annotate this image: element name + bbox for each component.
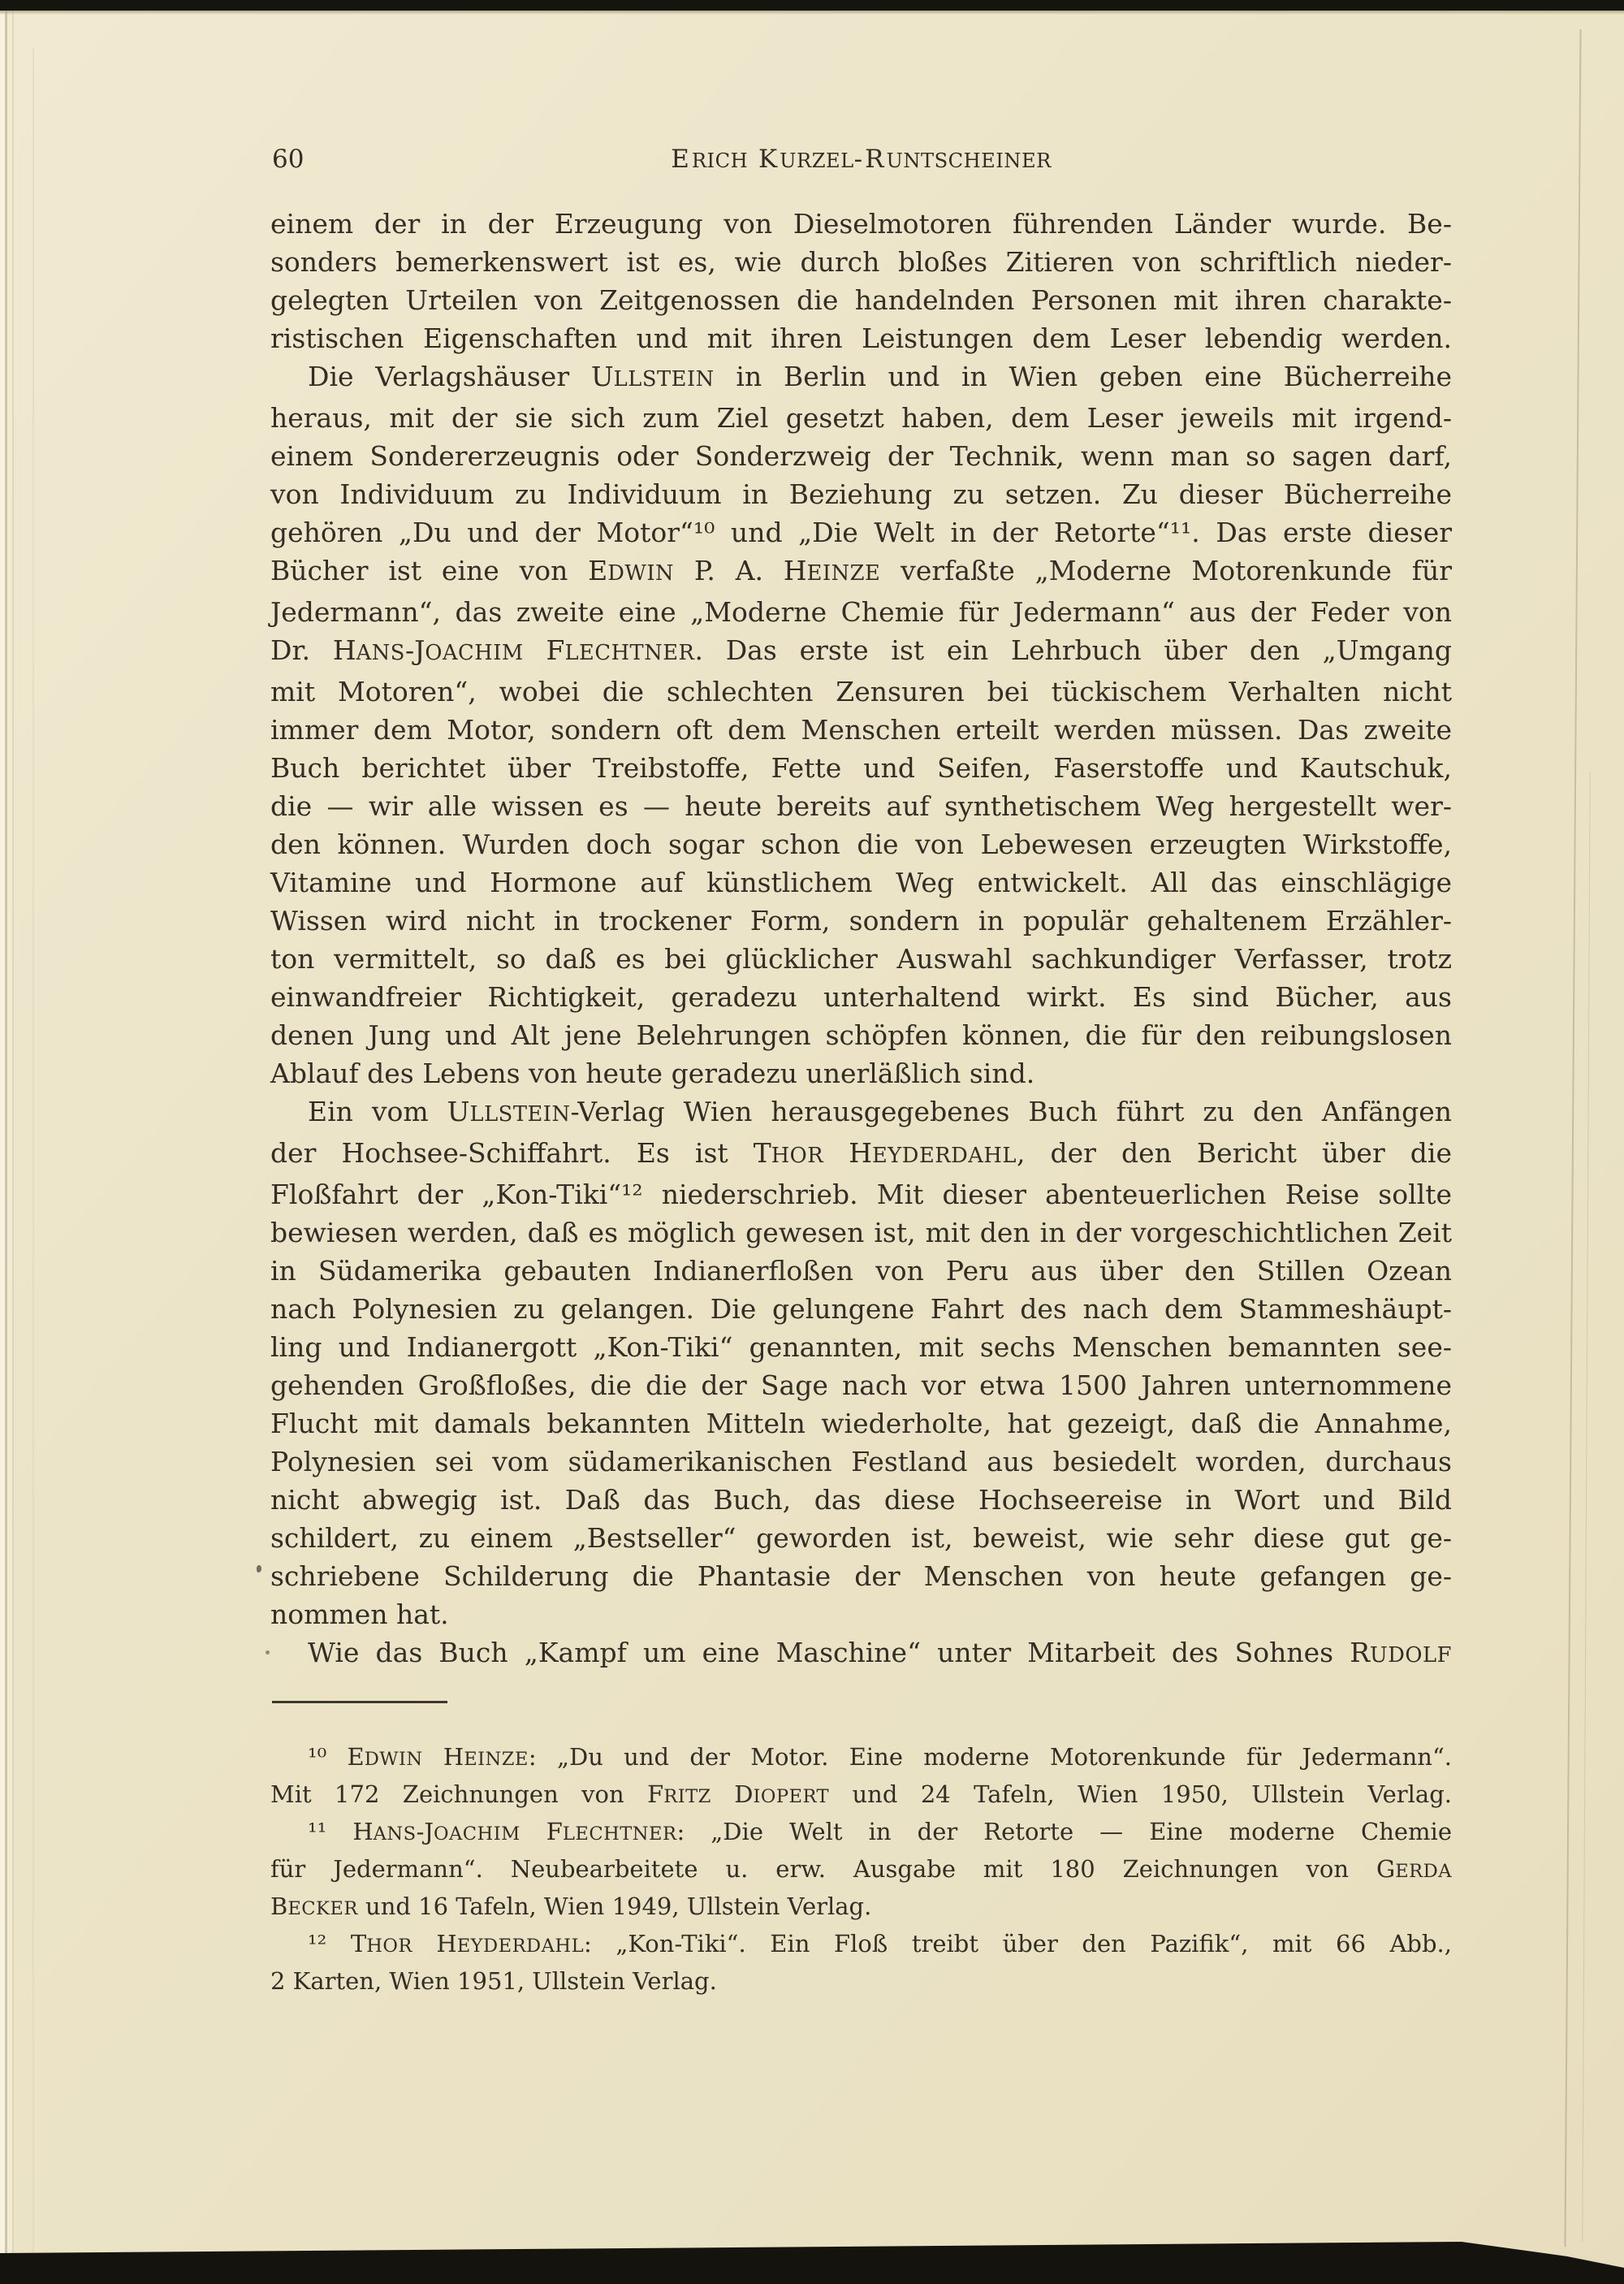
text-line: immer dem Motor, sondern oft dem Mensche… (270, 711, 1452, 749)
print-artifact-dot (266, 1650, 270, 1655)
body-text: einem der in der Erzeugung von Dieselmot… (270, 205, 1452, 1675)
text-line: mit Motoren“, wobei die schlechten Zensu… (270, 673, 1452, 711)
scanned-book-page: 60 ERICH KURZEL-RUNTSCHEINER einem der i… (0, 0, 1624, 2284)
print-artifact-dot (257, 1565, 261, 1572)
text-line: Vitamine und Hormone auf künstlichem Weg… (270, 863, 1452, 902)
text-line: gehören „Du und der Motor“¹⁰ und „Die We… (270, 513, 1452, 552)
paper-crease (1564, 29, 1581, 2247)
text-line: ¹¹ HANS-JOACHIM FLECHTNER: „Die Welt in … (270, 1815, 1452, 1852)
text-line: einwandfreier Richtigkeit, geradezu unte… (270, 978, 1452, 1016)
text-line: schriebene Schilderung die Phantasie der… (270, 1557, 1452, 1595)
text-line: der Hochsee-Schiffahrt. Es ist THOR HEYD… (270, 1134, 1452, 1175)
text-line: Polynesien sei vom südamerikanischen Fes… (270, 1443, 1452, 1481)
text-line: gehenden Großfloßes, die die der Sage na… (270, 1366, 1452, 1404)
running-header: ERICH KURZEL-RUNTSCHEINER (270, 145, 1452, 174)
text-line: Wissen wird nicht in trockener Form, son… (270, 902, 1452, 940)
text-line: Die Verlagshäuser ULLSTEIN in Berlin und… (270, 357, 1452, 399)
text-line: denen Jung und Alt jene Belehrungen schö… (270, 1016, 1452, 1054)
text-line: Ablauf des Lebens von heute geradezu une… (270, 1054, 1452, 1092)
text-line: Bücher ist eine von EDWIN P. A. HEINZE v… (270, 552, 1452, 593)
text-line: von Individuum zu Individuum in Beziehun… (270, 475, 1452, 513)
text-line: Mit 172 Zeichnungen von FRITZ DIOPERT un… (270, 1777, 1452, 1815)
text-line: Flucht mit damals bekannten Mitteln wied… (270, 1404, 1452, 1443)
text-line: ¹⁰ EDWIN HEINZE: „Du und der Motor. Eine… (270, 1740, 1452, 1777)
text-line: Floßfahrt der „Kon-Tiki“¹² niederschrieb… (270, 1175, 1452, 1213)
footnote-rule (272, 1701, 447, 1703)
text-line: ristischen Eigenschaften und mit ihren L… (270, 319, 1452, 357)
page-stack-edge-line (32, 49, 34, 2284)
text-line: einem Sondererzeugnis oder Sonderzweig d… (270, 437, 1452, 475)
text-line: ton vermittelt, so daß es bei glückliche… (270, 940, 1452, 978)
footnote: ¹⁰ EDWIN HEINZE: „Du und der Motor. Eine… (270, 1740, 1452, 1815)
text-line: ¹² THOR HEYDERDAHL: „Kon-Tiki“. Ein Floß… (270, 1927, 1452, 1964)
text-line: Dr. HANS-JOACHIM FLECHTNER. Das erste is… (270, 631, 1452, 673)
text-line: BECKER und 16 Tafeln, Wien 1949, Ullstei… (270, 1889, 1452, 1927)
paragraph: Wie das Buch „Kampf um eine Maschine“ un… (270, 1633, 1452, 1675)
paper-crease (1582, 772, 1590, 2242)
text-line: nommen hat. (270, 1595, 1452, 1633)
text-line: einem der in der Erzeugung von Dieselmot… (270, 205, 1452, 243)
footnote: ¹¹ HANS-JOACHIM FLECHTNER: „Die Welt in … (270, 1815, 1452, 1927)
text-line: Buch berichtet über Treibstoffe, Fette u… (270, 749, 1452, 787)
footnotes: ¹⁰ EDWIN HEINZE: „Du und der Motor. Eine… (270, 1740, 1452, 1999)
scan-bottom-bar (0, 2235, 1624, 2284)
text-line: gelegten Urteilen von Zeitgenossen die h… (270, 281, 1452, 319)
text-line: Wie das Buch „Kampf um eine Maschine“ un… (270, 1633, 1452, 1675)
paragraph: Ein vom ULLSTEIN-Verlag Wien herausgegeb… (270, 1092, 1452, 1633)
page-header: 60 ERICH KURZEL-RUNTSCHEINER (270, 145, 1452, 179)
text-line: für Jedermann“. Neubearbeitete u. erw. A… (270, 1852, 1452, 1889)
page-number: 60 (272, 145, 304, 174)
text-line: schildert, zu einem „Bestseller“ geworde… (270, 1519, 1452, 1557)
text-line: Ein vom ULLSTEIN-Verlag Wien herausgegeb… (270, 1092, 1452, 1134)
text-line: sonders bemerkenswert ist es, wie durch … (270, 243, 1452, 281)
text-line: bewiesen werden, daß es möglich gewesen … (270, 1213, 1452, 1252)
text-line: Jedermann“, das zweite eine „Moderne Che… (270, 593, 1452, 631)
text-line: in Südamerika gebauten Indianerfloßen vo… (270, 1252, 1452, 1290)
text-line: ling und Indianergott „Kon-Tiki“ genannt… (270, 1328, 1452, 1366)
text-line: nach Polynesien zu gelangen. Die gelunge… (270, 1290, 1452, 1328)
scan-top-bar (0, 0, 1624, 11)
text-line: die — wir alle wissen es — heute bereits… (270, 787, 1452, 825)
footnote: ¹² THOR HEYDERDAHL: „Kon-Tiki“. Ein Floß… (270, 1927, 1452, 1999)
text-line: heraus, mit der sie sich zum Ziel gesetz… (270, 399, 1452, 437)
scan-top-shadow (0, 11, 1624, 15)
page-stack-edge-line (12, 11, 14, 2284)
text-line: 2 Karten, Wien 1951, Ullstein Verlag. (270, 1964, 1452, 1999)
paragraph: Die Verlagshäuser ULLSTEIN in Berlin und… (270, 357, 1452, 1092)
text-line: nicht abwegig ist. Daß das Buch, das die… (270, 1481, 1452, 1519)
paragraph: einem der in der Erzeugung von Dieselmot… (270, 205, 1452, 357)
text-line: den können. Wurden doch sogar schon die … (270, 825, 1452, 863)
